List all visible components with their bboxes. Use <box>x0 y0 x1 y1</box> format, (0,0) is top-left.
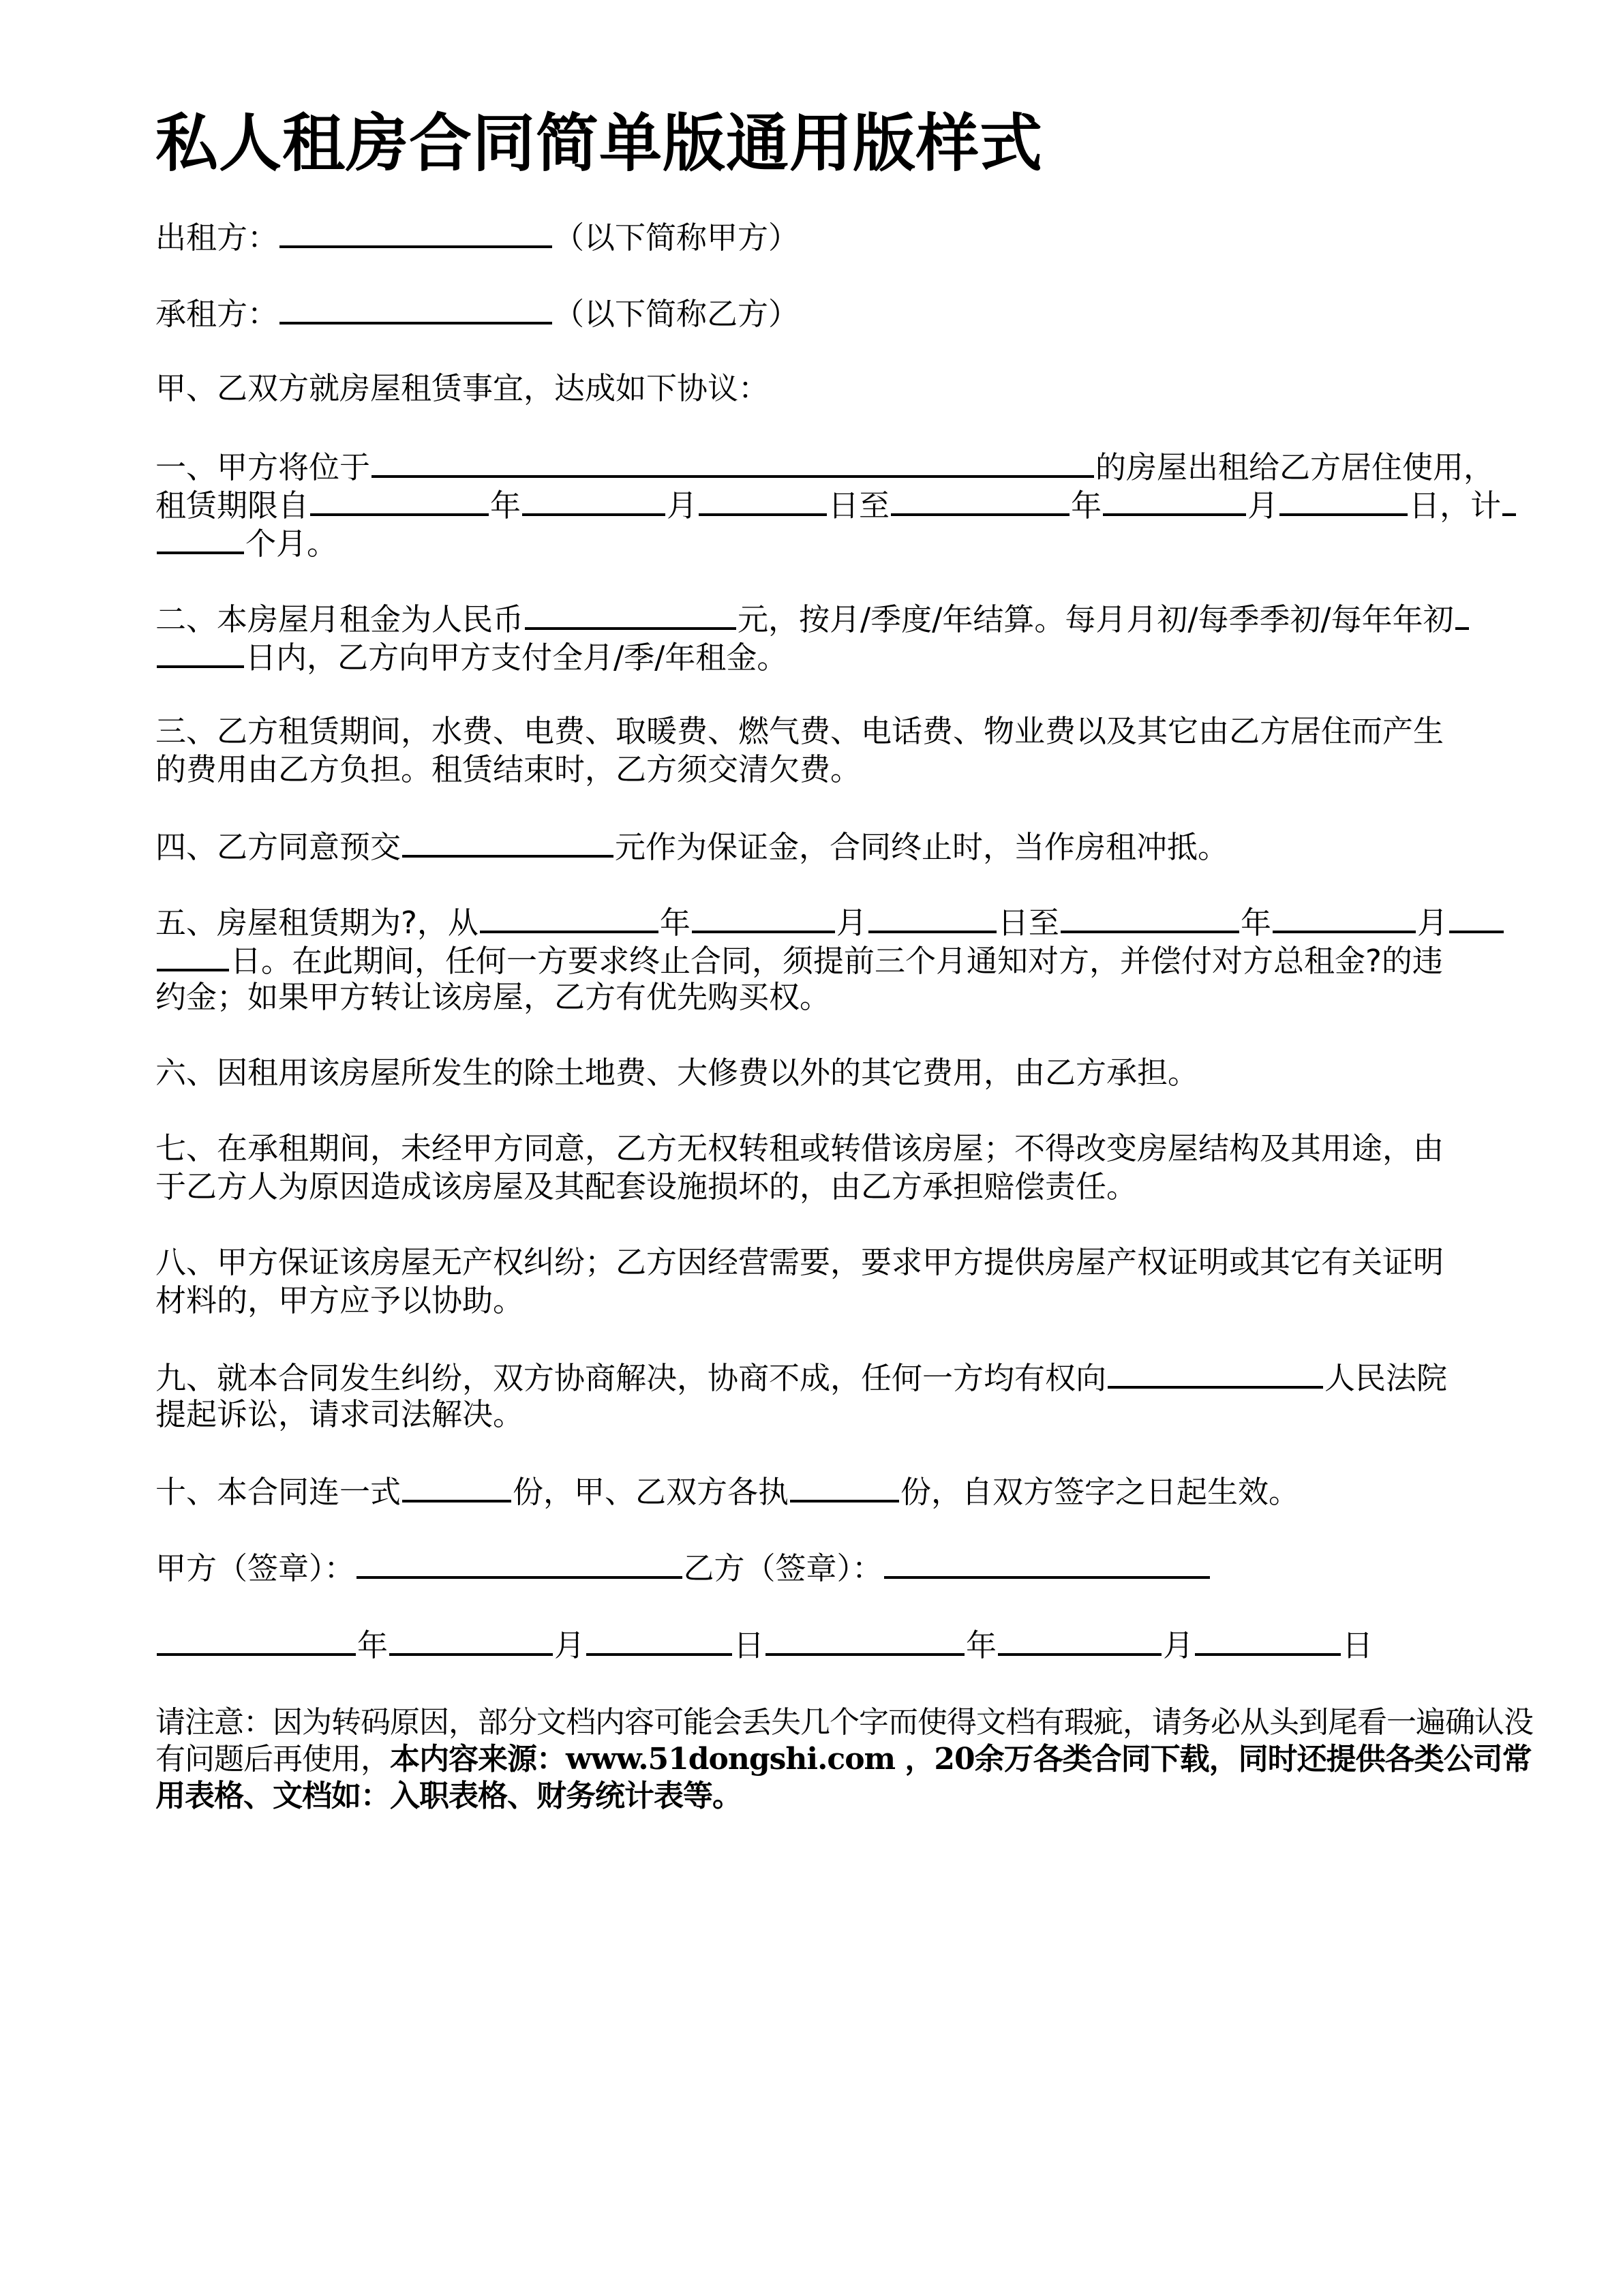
clause-9-line-1: 九、就本合同发生纠纷，双方协商解决，协商不成，任何一方均有权向人民法院 <box>155 1357 1447 1398</box>
year-label: 年 <box>1241 905 1271 941</box>
clause-7-line-2: 于乙方人为原因造成该房屋及其配套设施损坏的，由乙方承担赔偿责任。 <box>155 1168 1137 1206</box>
months-field[interactable] <box>157 523 244 554</box>
clause-3-line-1: 三、乙方租赁期间，水费、电费、取暖费、燃气费、电话费、物业费以及其它由乙方居住而… <box>155 712 1444 751</box>
payment-days-field-start[interactable] <box>1455 599 1469 630</box>
end-day-field[interactable] <box>1279 485 1408 516</box>
month-label: 月 <box>836 905 867 941</box>
clause-5-line-1: 五、房屋租赁期为?，从年月日至年月 <box>155 902 1505 942</box>
end-month-field[interactable] <box>1103 485 1246 516</box>
day-to-label: 日至 <box>828 487 890 524</box>
clause-10-text: 份，甲、乙双方各执 <box>513 1474 789 1510</box>
clause-9-text: 九、就本合同发生纠纷，双方协商解决，协商不成，任何一方均有权向 <box>155 1360 1106 1396</box>
lessee-suffix: （以下简称乙方） <box>553 296 799 332</box>
party-a-signature-label: 甲方（签章）： <box>155 1550 355 1586</box>
intro-text: 甲、乙双方就房屋租赁事宜，达成如下协议： <box>155 369 769 408</box>
clause-4-line: 四、乙方同意预交元作为保证金，合同终止时，当作房租冲抵。 <box>155 826 1228 866</box>
lease-start-year-field[interactable] <box>480 902 658 933</box>
start-month-field[interactable] <box>522 485 665 516</box>
clause-5-line-2: 日。在此期间，任何一方要求终止合同，须提前三个月通知对方，并偿付对方总租金?的违 <box>155 940 1443 980</box>
clause-5-line-3: 约金；如果甲方转让该房屋，乙方有优先购买权。 <box>155 978 830 1016</box>
month-label: 月 <box>1163 1627 1194 1663</box>
clause-2-line-2: 日内，乙方向甲方支付全月/季/年租金。 <box>155 637 787 677</box>
clause-2-line-1: 二、本房屋月租金为人民币元，按月/季度/年结算。每月月初/每季季初/每年年初 <box>155 599 1470 639</box>
signature-date-line: 年月日年月日 <box>155 1625 1373 1665</box>
document-title: 私人租房合同简单版通用版样式 <box>155 112 1043 175</box>
court-name-field[interactable] <box>1108 1357 1323 1389</box>
clause-4-text: 四、乙方同意预交 <box>155 829 401 865</box>
clause-2-text: 日内，乙方向甲方支付全月/季/年租金。 <box>245 639 787 676</box>
clause-1-line-2: 租赁期限自年月日至年月日，计 <box>155 485 1517 525</box>
clause-10-line: 十、本合同连一式份，甲、乙双方各执份，自双方签字之日起生效。 <box>155 1471 1299 1511</box>
party-a-year-field[interactable] <box>157 1625 356 1656</box>
lease-end-day-field[interactable] <box>157 940 229 971</box>
start-year-field[interactable] <box>310 485 489 516</box>
lease-end-month-field[interactable] <box>1273 902 1416 933</box>
month-label: 月 <box>554 1627 585 1663</box>
clause-1-text: 一、甲方将位于 <box>155 449 370 485</box>
clause-1-line-1: 一、甲方将位于的房屋出租给乙方居住使用， <box>155 447 1494 487</box>
clause-10-text: 十、本合同连一式 <box>155 1474 401 1510</box>
total-label: 日，计 <box>1409 487 1501 524</box>
clause-2-text: 二、本房屋月租金为人民币 <box>155 601 524 637</box>
party-b-day-field[interactable] <box>1195 1625 1341 1656</box>
party-b-signature-label: 乙方（签章）： <box>684 1550 883 1586</box>
clause-3-line-2: 的费用由乙方负担。租赁结束时，乙方须交清欠费。 <box>155 751 861 789</box>
clause-8-line-2: 材料的，甲方应予以协助。 <box>155 1282 524 1320</box>
clause-5-text: 五、房屋租赁期为?，从 <box>155 905 479 941</box>
clause-9-line-2: 提起诉讼，请求司法解决。 <box>155 1395 524 1434</box>
clause-1-text: 的房屋出租给乙方居住使用， <box>1095 449 1494 485</box>
lease-end-day-field-start[interactable] <box>1449 902 1504 933</box>
party-a-month-field[interactable] <box>389 1625 553 1656</box>
total-copies-field[interactable] <box>402 1471 511 1502</box>
party-a-day-field[interactable] <box>586 1625 732 1656</box>
payment-days-field[interactable] <box>157 637 244 668</box>
clause-7-line-1: 七、在承租期间，未经甲方同意，乙方无权转租或转借该房屋；不得改变房屋结构及其用途… <box>155 1130 1444 1168</box>
lessee-name-field[interactable] <box>279 293 552 324</box>
clause-8-line-1: 八、甲方保证该房屋无产权纠纷；乙方因经营需要，要求甲方提供房屋产权证明或其它有关… <box>155 1243 1444 1282</box>
party-b-month-field[interactable] <box>998 1625 1162 1656</box>
clause-2-text: 元，按月/季度/年结算。每月月初/每季季初/每年年初 <box>738 601 1454 637</box>
clause-1-line-3: 个月。 <box>155 523 337 563</box>
deposit-amount-field[interactable] <box>402 826 613 858</box>
lessor-name-field[interactable] <box>279 217 552 248</box>
year-label: 年 <box>1071 487 1102 524</box>
lease-end-year-field[interactable] <box>1061 902 1239 933</box>
lessee-label: 承租方： <box>155 296 278 332</box>
year-label: 年 <box>660 905 691 941</box>
property-address-field[interactable] <box>371 447 1094 478</box>
document-page: 私人租房合同简单版通用版样式 出租方：（以下简称甲方） 承租方：（以下简称乙方）… <box>0 0 1623 2296</box>
signature-line: 甲方（签章）：乙方（签章）： <box>155 1547 1211 1588</box>
month-label: 月 <box>1417 905 1448 941</box>
monthly-rent-field[interactable] <box>525 599 736 630</box>
year-label: 年 <box>966 1627 997 1663</box>
lease-start-day-field[interactable] <box>868 902 997 933</box>
year-label: 年 <box>490 487 521 524</box>
lessor-line: 出租方：（以下简称甲方） <box>155 217 799 257</box>
month-label: 月 <box>667 487 697 524</box>
copies-each-field[interactable] <box>790 1471 899 1502</box>
source-notice: 请注意：因为转码原因，部分文档内容可能会丢失几个字而使得文档有瑕疵，请务必从头到… <box>155 1704 1539 1815</box>
end-year-field[interactable] <box>891 485 1070 516</box>
party-a-signature-field[interactable] <box>357 1547 682 1579</box>
day-label: 日 <box>733 1627 764 1663</box>
clause-4-text: 元作为保证金，合同终止时，当作房租冲抵。 <box>615 829 1228 865</box>
lessee-line: 承租方：（以下简称乙方） <box>155 293 799 333</box>
lessor-suffix: （以下简称甲方） <box>553 220 799 256</box>
clause-10-text: 份，自双方签字之日起生效。 <box>900 1474 1299 1510</box>
start-day-field[interactable] <box>699 485 827 516</box>
clause-6-line: 六、因租用该房屋所发生的除土地费、大修费以外的其它费用，由乙方承担。 <box>155 1054 1198 1092</box>
day-label: 日 <box>1342 1627 1373 1663</box>
months-label: 个月。 <box>245 526 337 562</box>
clause-1-text: 租赁期限自 <box>155 487 309 524</box>
clause-5-text: 日。在此期间，任何一方要求终止合同，须提前三个月通知对方，并偿付对方总租金?的违 <box>230 943 1443 979</box>
month-label: 月 <box>1247 487 1278 524</box>
months-field-start[interactable] <box>1502 485 1516 516</box>
lessor-label: 出租方： <box>155 220 278 256</box>
year-label: 年 <box>357 1627 388 1663</box>
day-to-label: 日至 <box>998 905 1059 941</box>
party-b-signature-field[interactable] <box>884 1547 1210 1579</box>
lease-start-month-field[interactable] <box>692 902 835 933</box>
party-b-year-field[interactable] <box>765 1625 965 1656</box>
clause-9-text: 人民法院 <box>1324 1360 1447 1396</box>
